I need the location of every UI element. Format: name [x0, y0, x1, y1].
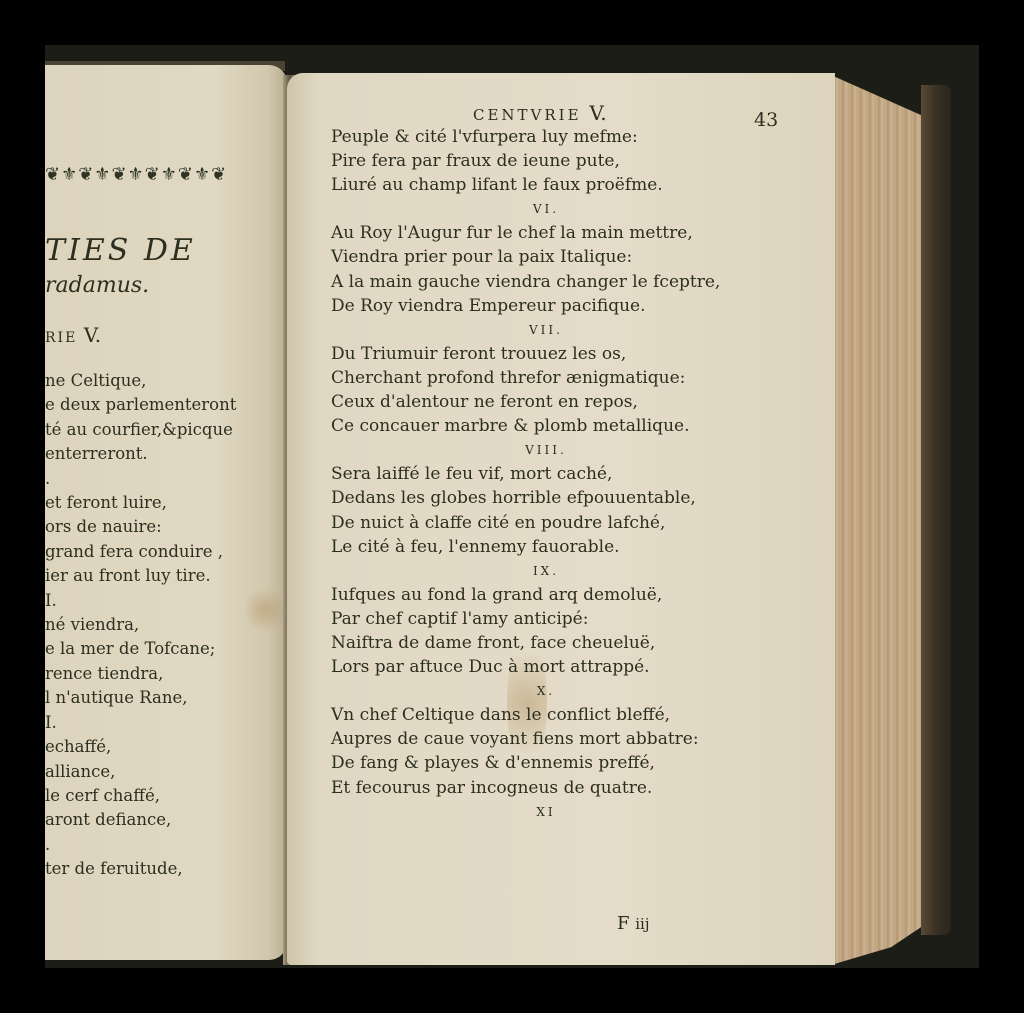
stanza: XI: [331, 800, 801, 824]
running-head-text: CENTVRIE: [473, 106, 582, 124]
verse-line: De fang & playes & d'ennemis preffé,: [331, 751, 801, 775]
stanza-numeral: X.: [331, 679, 801, 703]
text-line: I.: [45, 711, 260, 735]
verse-line: Sera laiffé le feu vif, mort caché,: [331, 462, 801, 486]
stanza: VII. Du Triumuir feront trouuez les os, …: [331, 318, 801, 438]
verse-line: Peuple & cité l'vfurpera luy mefme:: [331, 125, 801, 149]
stanza: Peuple & cité l'vfurpera luy mefme: Pire…: [331, 125, 801, 197]
verse-line: Dedans les globes horrible efpouuentable…: [331, 486, 801, 510]
stanza: VIII. Sera laiffé le feu vif, mort caché…: [331, 438, 801, 558]
stanza: IX. Iufques au fond la grand arq demoluë…: [331, 559, 801, 679]
signature-mark: F iij: [617, 913, 649, 934]
text-line: I.: [45, 589, 260, 613]
stanza-numeral: VII.: [331, 318, 801, 342]
verse-line: De Roy viendra Empereur pacifique.: [331, 294, 801, 318]
text-line: enterreront.: [45, 442, 260, 466]
text-line: rence tiendra,: [45, 662, 260, 686]
text-line: .: [45, 833, 260, 857]
text-line: ors de nauire:: [45, 515, 260, 539]
verse-line: Et fecourus par incogneus de quatre.: [331, 776, 801, 800]
verse-line: Aupres de caue voyant fiens mort abbatre…: [331, 727, 801, 751]
verse-line: Vn chef Celtique dans le conflict bleffé…: [331, 703, 801, 727]
verse-line: Iufques au fond la grand arq demoluë,: [331, 583, 801, 607]
stanza-numeral: IX.: [331, 559, 801, 583]
text-line: alliance,: [45, 760, 260, 784]
left-page-text: ne Celtique, e deux parlementeront té au…: [45, 369, 260, 882]
left-heading-text: RIE: [45, 330, 77, 346]
verse-line: Viendra prier pour la paix Italique:: [331, 245, 801, 269]
verse-line: Par chef captif l'amy anticipé:: [331, 607, 801, 631]
text-line: e deux parlementeront: [45, 393, 260, 417]
text-line: .: [45, 467, 260, 491]
signature-letter: F: [617, 913, 630, 934]
left-heading-numeral: V.: [84, 323, 101, 347]
page-fore-edge: [831, 75, 931, 965]
text-line: né viendra,: [45, 613, 260, 637]
text-line: l n'autique Rane,: [45, 686, 260, 710]
text-line: le cerf chaffé,: [45, 784, 260, 808]
left-page-title: TIES DE: [45, 233, 196, 268]
text-line: ter de feruitude,: [45, 857, 260, 881]
verse-line: Pire fera par fraux de ieune pute,: [331, 149, 801, 173]
signature-number: iij: [635, 915, 649, 933]
text-line: echaffé,: [45, 735, 260, 759]
book-cover-edge: [921, 85, 951, 935]
stanza-numeral: VIII.: [331, 438, 801, 462]
stanza: X. Vn chef Celtique dans le conflict ble…: [331, 679, 801, 799]
verse-line: Au Roy l'Augur fur le chef la main mettr…: [331, 221, 801, 245]
left-page-heading: RIE V.: [45, 323, 101, 347]
text-line: ne Celtique,: [45, 369, 260, 393]
left-page-subtitle: radamus.: [45, 273, 149, 298]
left-page: ❦⚜❦⚜❦⚜❦⚜❦⚜❦ TIES DE radamus. RIE V. ne C…: [45, 65, 287, 960]
verse-line: De nuict à claffe cité en poudre lafché,: [331, 511, 801, 535]
verse-line: Cherchant profond threfor ænigmatique:: [331, 366, 801, 390]
right-page-text: Peuple & cité l'vfurpera luy mefme: Pire…: [331, 125, 801, 824]
text-line: té au courfier,&picque: [45, 418, 260, 442]
text-line: et feront luire,: [45, 491, 260, 515]
ornament-band: ❦⚜❦⚜❦⚜❦⚜❦⚜❦: [45, 165, 260, 185]
stanza-numeral: VI.: [331, 197, 801, 221]
text-line: ier au front luy tire.: [45, 564, 260, 588]
verse-line: Lors par aftuce Duc à mort attrappé.: [331, 655, 801, 679]
running-head: CENTVRIE V.: [473, 101, 607, 125]
verse-line: A la main gauche viendra changer le fcep…: [331, 270, 801, 294]
book-photograph: ❦⚜❦⚜❦⚜❦⚜❦⚜❦ TIES DE radamus. RIE V. ne C…: [45, 45, 979, 968]
text-line: aront defiance,: [45, 808, 260, 832]
text-line: e la mer de Tofcane;: [45, 637, 260, 661]
stanza: VI. Au Roy l'Augur fur le chef la main m…: [331, 197, 801, 317]
verse-line: Naiftra de dame front, face cheueluë,: [331, 631, 801, 655]
verse-line: Le cité à feu, l'ennemy fauorable.: [331, 535, 801, 559]
verse-line: Ce concauer marbre & plomb metallique.: [331, 414, 801, 438]
running-head-numeral: V.: [589, 101, 606, 125]
verse-line: Du Triumuir feront trouuez les os,: [331, 342, 801, 366]
stanza-numeral: XI: [331, 800, 801, 824]
right-page: CENTVRIE V. 43 Peuple & cité l'vfurpera …: [287, 73, 835, 965]
verse-line: Liuré au champ lifant le faux proëfme.: [331, 173, 801, 197]
text-line: grand fera conduire ,: [45, 540, 260, 564]
verse-line: Ceux d'alentour ne feront en repos,: [331, 390, 801, 414]
